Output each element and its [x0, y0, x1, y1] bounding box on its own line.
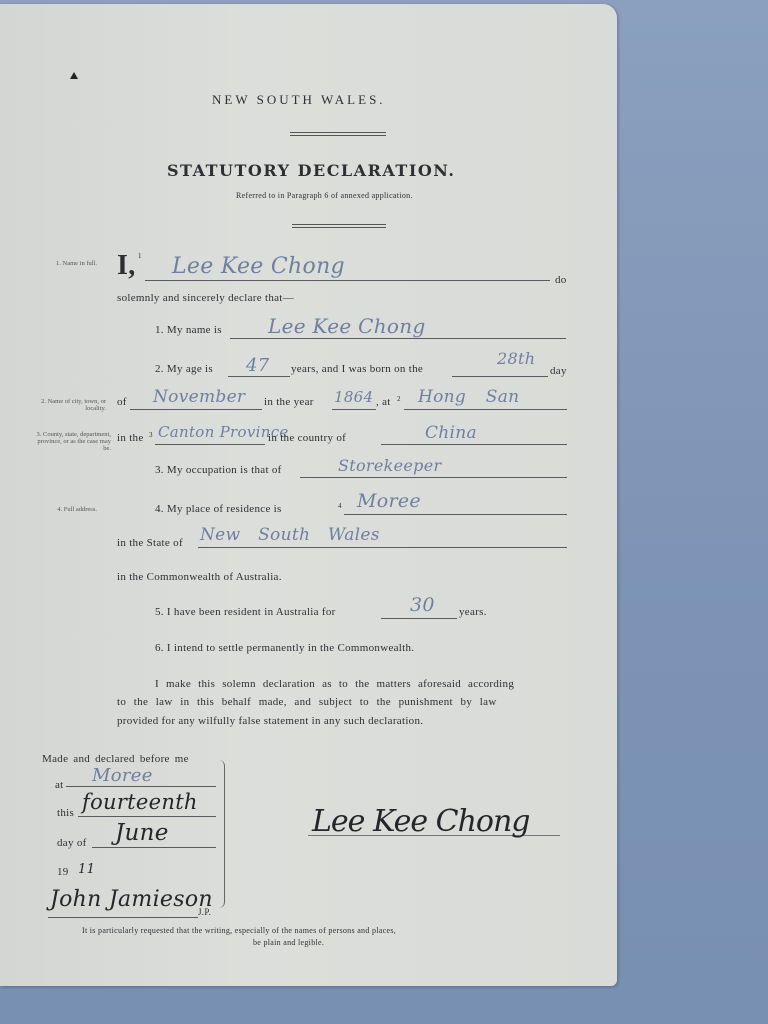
declaration-document: NEW SOUTH WALES. STATUTORY DECLARATION. … [0, 4, 617, 986]
item5-suffix: years. [459, 606, 487, 618]
declarant-signature[interactable]: Lee Kee Chong [312, 804, 529, 839]
witness-place-field[interactable]: Moree [92, 765, 153, 786]
margin-note-county: 3. County, state, department, province, … [36, 431, 111, 452]
item6-text: 6. I intend to settle permanently in the… [155, 642, 414, 654]
witness-day-of-line [92, 847, 216, 848]
witness-year-prefix: 19 [57, 866, 69, 878]
item5-label: 5. I have been resident in Australia for [155, 606, 336, 618]
resident-years-field[interactable]: 30 [410, 594, 435, 616]
witness-bracket [216, 760, 225, 908]
margin-note-city: 2. Name of city, town, or locality. [31, 398, 106, 412]
witness-month-field[interactable]: June [115, 820, 169, 846]
province-line [155, 444, 265, 445]
state-line [198, 547, 567, 548]
country-line [381, 444, 567, 445]
month-line [130, 409, 262, 410]
item1-label: 1. My name is [155, 324, 222, 336]
occupation-line [300, 477, 567, 478]
witness-day-of-label: day of [57, 837, 87, 849]
header-state: NEW SOUTH WALES. [212, 92, 386, 108]
age-field[interactable]: 47 [246, 355, 270, 376]
item1-line [230, 338, 566, 339]
item2-born-text: years, and I was born on the [291, 363, 423, 375]
margin-note-address: 4. Full address. [22, 506, 97, 513]
page-title: STATUTORY DECLARATION. [167, 161, 455, 180]
birth-year-field[interactable]: 1864 [334, 388, 373, 406]
solemn-para-line3: provided for any wilfully false statemen… [117, 715, 423, 727]
made-declared-text: Made and declared before me [42, 753, 189, 765]
at-label: , at [376, 396, 391, 408]
item4-label: 4. My place of residence is [155, 503, 282, 515]
jp-label: J.P. [198, 907, 211, 917]
item2-label: 2. My age is [155, 363, 213, 375]
occupation-field[interactable]: Storekeeper [338, 456, 441, 475]
birth-month-field[interactable]: November [153, 387, 245, 407]
witness-at-line [66, 786, 216, 787]
residence-line [344, 514, 567, 515]
commonwealth-text: in the Commonwealth of Australia. [117, 571, 282, 583]
in-the-label: in the [117, 432, 144, 444]
item3-label: 3. My occupation is that of [155, 464, 282, 476]
subtitle-rule [292, 224, 386, 228]
witness-day-field[interactable]: fourteenth [82, 790, 198, 814]
page-subtitle: Referred to in Paragraph 6 of annexed ap… [236, 191, 413, 200]
footer-note-line2: be plain and legible. [253, 938, 324, 947]
at-superscript: 2 [397, 395, 401, 403]
city-line [404, 409, 567, 410]
birth-country-field[interactable]: China [425, 423, 477, 443]
ink-mark [70, 72, 78, 79]
name-full-line [145, 280, 550, 281]
year-label: in the year [264, 396, 314, 408]
state-label: in the State of [117, 537, 183, 549]
day-line [452, 376, 548, 377]
witness-year-field[interactable]: 11 [78, 862, 95, 877]
in-the-superscript: 3 [149, 431, 153, 439]
i-label: I, [117, 250, 136, 282]
jp-signature[interactable]: John Jamieson [50, 887, 213, 912]
i-superscript: 1 [138, 252, 142, 260]
item1-name-field[interactable]: Lee Kee Chong [268, 314, 426, 338]
country-label: in the country of [268, 432, 346, 444]
day-label: day [550, 365, 567, 377]
age-line [228, 376, 290, 377]
margin-note-name: 1. Name in full. [22, 260, 97, 267]
name-full-field[interactable]: Lee Kee Chong [172, 254, 345, 279]
residence-field[interactable]: Moree [357, 490, 421, 512]
witness-at-label: at [55, 779, 64, 791]
resident-years-line [381, 618, 457, 619]
solemn-para-line1: I make this solemn declaration as to the… [155, 678, 514, 690]
footer-note-line1: It is particularly requested that the wr… [82, 926, 396, 935]
birth-city-field[interactable]: Hong San [418, 387, 519, 407]
state-field[interactable]: New South Wales [200, 525, 380, 545]
header-rule [290, 132, 386, 136]
witness-this-line [78, 816, 216, 817]
item4-superscript: 4 [338, 502, 342, 510]
witness-this-label: this [57, 807, 74, 819]
solemn-para-line2: to the law in this behalf made, and subj… [117, 696, 497, 708]
solemnly-text: solemnly and sincerely declare that— [117, 292, 294, 304]
of-label: of [117, 396, 127, 408]
jp-signature-line [48, 917, 198, 918]
year-line [332, 409, 376, 410]
do-label: do [555, 274, 567, 286]
birth-day-field[interactable]: 28th [497, 349, 535, 368]
